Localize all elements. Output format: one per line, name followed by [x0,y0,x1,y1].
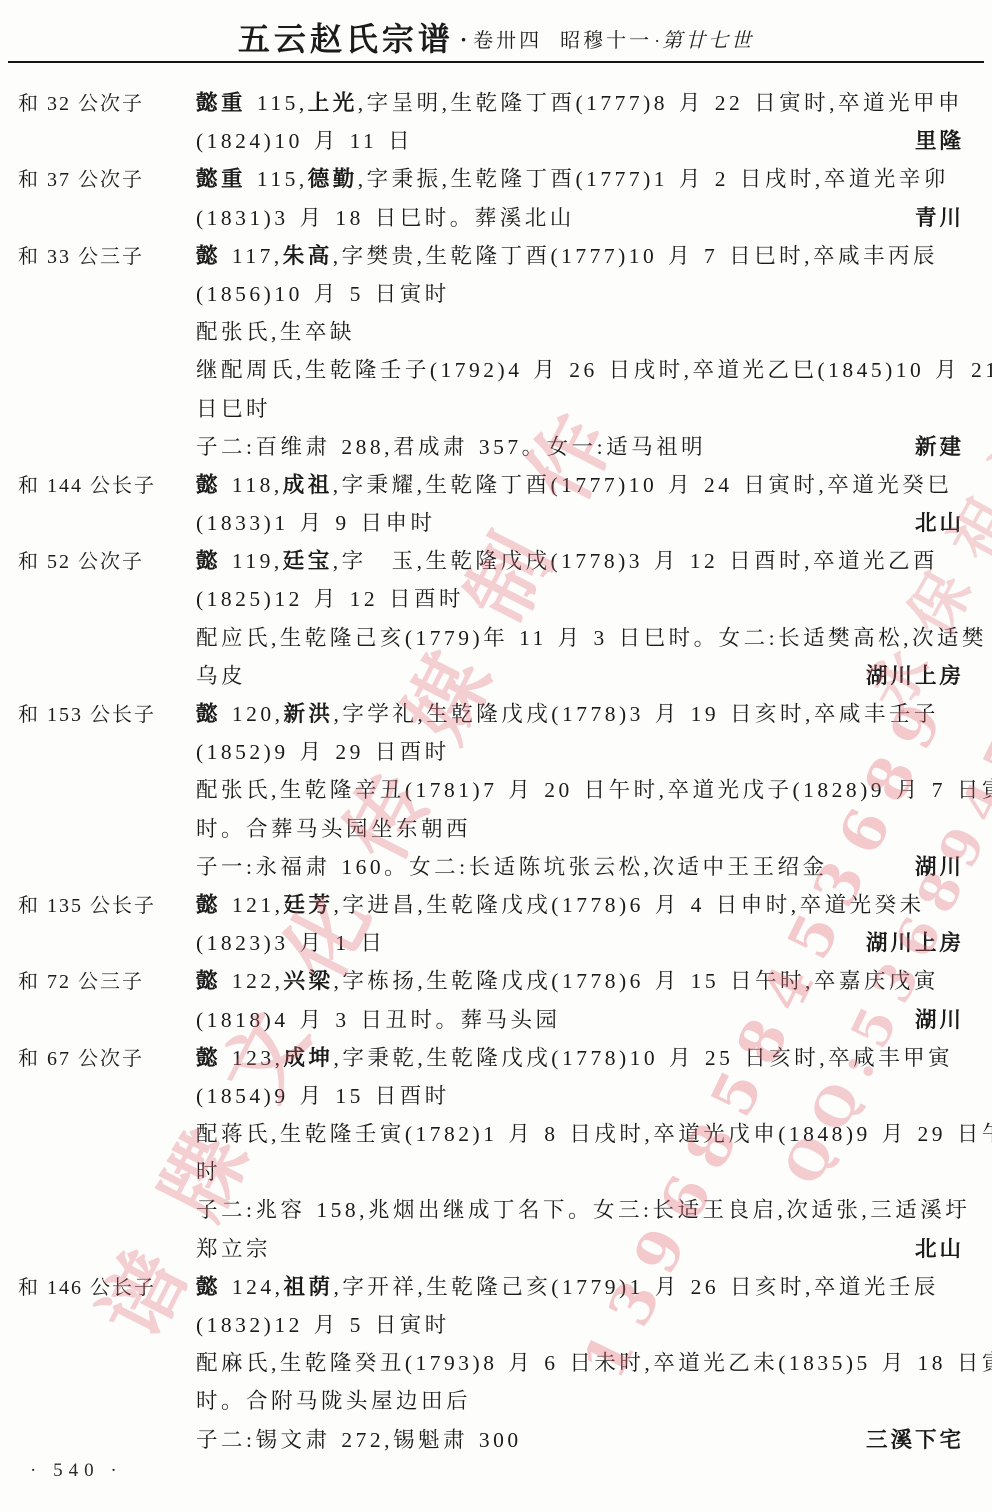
entry-line: 配麻氏,生乾隆癸丑(1793)8 月 6 日未时,卒道光乙未(1835)5 月 … [18,1344,964,1382]
entry-line: 和 32 公次子懿重 115,上光,字呈明,生乾隆丁酉(1777)8 月 22 … [18,84,964,122]
entry-line: 时。合葬马头园坐东朝西 [18,810,964,848]
entry-text: 懿 119,廷宝,字 玉,生乾隆戊戌(1778)3 月 12 日酉时,卒道光乙酉 [196,542,938,580]
entry-text: 郑立宗 [196,1230,271,1268]
entry-text: 懿重 115,上光,字呈明,生乾隆丁酉(1777)8 月 22 日寅时,卒道光甲… [196,84,963,122]
entry-text: (1854)9 月 15 日酉时 [196,1077,450,1115]
entry-line: 和 37 公次子懿重 115,德勤,字秉振,生乾隆丁酉(1777)1 月 2 日… [18,160,964,198]
entry-line: (1833)1 月 9 日申时北山 [18,504,964,542]
generation-label: 第廿七世 [662,30,754,52]
entry-line: 和 144 公长子懿 118,成祖,字秉耀,生乾隆丁酉(1777)10 月 24… [18,466,964,504]
entry-line: (1832)12 月 5 日寅时 [18,1306,964,1344]
branch-place-name: 湖川 [903,1001,964,1039]
entry-line: 配张氏,生乾隆辛丑(1781)7 月 20 日午时,卒道光戊子(1828)9 月… [18,771,964,809]
branch-place-name: 青川 [903,199,964,237]
entry-text: 配张氏,生乾隆辛丑(1781)7 月 20 日午时,卒道光戊子(1828)9 月… [196,771,992,809]
entry-line: 郑立宗北山 [18,1230,964,1268]
entry-line: (1831)3 月 18 日巳时。葬溪北山青川 [18,199,964,237]
entry-line: (1852)9 月 29 日酉时 [18,733,964,771]
entry-line: 乌皮湖川上房 [18,657,964,695]
entry-text: 子一:永福肃 160。女二:长适陈坑张云松,次适中王王绍金 [196,848,827,886]
entry-line: 配张氏,生卒缺 [18,313,964,351]
page-header: 五云赵氏宗谱·卷卅四昭穆十一·第廿七世 [0,14,992,60]
entry-line: (1823)3 月 1 日湖川上房 [18,924,964,962]
header-rule [8,61,984,63]
section-separator-dot: · [654,31,660,51]
relation-label: 和 153 公长子 [18,696,196,734]
entry-text: (1818)4 月 3 日丑时。葬马头园 [196,1001,560,1039]
entry-text: 乌皮 [196,657,246,695]
entry-line: 日巳时 [18,390,964,428]
relation-label: 和 37 公次子 [18,161,196,199]
entry-line: 子二:百维肃 288,君成肃 357。女一:适马祖明新建 [18,428,964,466]
entry-text: (1832)12 月 5 日寅时 [196,1306,450,1344]
entry-line: 和 146 公长子懿 124,祖荫,字开祥,生乾隆己亥(1779)1 月 26 … [18,1268,964,1306]
branch-place-name: 里隆 [903,122,964,160]
entry-line: 子一:永福肃 160。女二:长适陈坑张云松,次适中王王绍金湖川 [18,848,964,886]
entry-text: (1823)3 月 1 日 [196,924,385,962]
entry-line: (1854)9 月 15 日酉时 [18,1077,964,1115]
entry-line: 配蒋氏,生乾隆壬寅(1782)1 月 8 日戌时,卒道光戊申(1848)9 月 … [18,1115,964,1153]
branch-place-name: 北山 [903,504,964,542]
page-number: · 540 · [30,1460,123,1481]
book-title: 五云赵氏宗谱 [238,21,454,57]
entry-text: 子二:百维肃 288,君成肃 357。女一:适马祖明 [196,428,706,466]
entry-line: 子二:兆容 158,兆烟出继成丁名下。女三:长适王良启,次适张,三适溪圩 [18,1191,964,1229]
entry-line: 配应氏,生乾隆己亥(1779)年 11 月 3 日巳时。女二:长适樊高松,次适樊 [18,619,964,657]
entry-line: 和 153 公长子懿 120,新洪,字学礼,生乾隆戊戌(1778)3 月 19 … [18,695,964,733]
relation-label: 和 144 公长子 [18,467,196,505]
section-label: 昭穆十一 [560,30,652,52]
branch-place-name: 三溪下宅 [854,1421,964,1459]
branch-place-name: 新建 [903,428,964,466]
entry-text: 时 [196,1153,221,1191]
branch-place-name: 北山 [903,1230,964,1268]
entry-text: 懿 122,兴梁,字栋扬,生乾隆戊戌(1778)6 月 15 日午时,卒嘉庆戊寅 [196,962,939,1000]
entry-text: (1824)10 月 11 日 [196,122,413,160]
relation-label: 和 32 公次子 [18,85,196,123]
relation-label: 和 33 公三子 [18,238,196,276]
entry-text: 懿重 115,德勤,字秉振,生乾隆丁酉(1777)1 月 2 日戌时,卒道光辛卯 [196,160,949,198]
branch-place-name: 湖川上房 [854,924,964,962]
entry-text: 时。合葬马头园坐东朝西 [196,810,471,848]
page-footer: · 540 · [30,1460,123,1482]
entry-line: (1856)10 月 5 日寅时 [18,275,964,313]
entry-text: 子二:兆容 158,兆烟出继成丁名下。女三:长适王良启,次适张,三适溪圩 [196,1191,970,1229]
entry-text: (1825)12 月 12 日酉时 [196,580,464,618]
entry-text: 懿 121,廷芳,字进昌,生乾隆戊戌(1778)6 月 4 日申时,卒道光癸未 [196,886,925,924]
entry-text: 懿 117,朱高,字樊贵,生乾隆丁酉(1777)10 月 7 日巳时,卒咸丰丙辰 [196,237,938,275]
relation-label: 和 52 公次子 [18,543,196,581]
entry-line: 时 [18,1153,964,1191]
volume-label: 卷卅四 [473,30,542,52]
entry-text: 配蒋氏,生乾隆壬寅(1782)1 月 8 日戌时,卒道光戊申(1848)9 月 … [196,1115,992,1153]
title-separator-dot: · [460,27,467,52]
entry-line: (1818)4 月 3 日丑时。葬马头园湖川 [18,1001,964,1039]
relation-label: 和 146 公长子 [18,1269,196,1307]
branch-place-name: 湖川上房 [854,657,964,695]
entry-list: 和 32 公次子懿重 115,上光,字呈明,生乾隆丁酉(1777)8 月 22 … [18,84,964,1459]
entry-text: (1856)10 月 5 日寅时 [196,275,450,313]
entry-line: 时。合附马陇头屋边田后 [18,1382,964,1420]
entry-text: 懿 118,成祖,字秉耀,生乾隆丁酉(1777)10 月 24 日寅时,卒道光癸… [196,466,952,504]
genealogy-page: 五云赵氏宗谱·卷卅四昭穆十一·第廿七世 和 32 公次子懿重 115,上光,字呈… [0,0,992,1512]
entry-text: (1852)9 月 29 日酉时 [196,733,450,771]
relation-label: 和 67 公次子 [18,1040,196,1078]
entry-line: 和 67 公次子懿 123,成坤,字秉乾,生乾隆戊戌(1778)10 月 25 … [18,1039,964,1077]
entry-line: 和 72 公三子懿 122,兴梁,字栋扬,生乾隆戊戌(1778)6 月 15 日… [18,962,964,1000]
entry-line: 和 33 公三子懿 117,朱高,字樊贵,生乾隆丁酉(1777)10 月 7 日… [18,237,964,275]
relation-label: 和 72 公三子 [18,963,196,1001]
entry-line: (1825)12 月 12 日酉时 [18,580,964,618]
entry-text: 配应氏,生乾隆己亥(1779)年 11 月 3 日巳时。女二:长适樊高松,次适樊 [196,619,987,657]
entry-text: (1833)1 月 9 日申时 [196,504,435,542]
entry-line: 和 135 公长子懿 121,廷芳,字进昌,生乾隆戊戌(1778)6 月 4 日… [18,886,964,924]
relation-label: 和 135 公长子 [18,887,196,925]
entry-text: 配麻氏,生乾隆癸丑(1793)8 月 6 日未时,卒道光乙未(1835)5 月 … [196,1344,992,1382]
entry-text: 懿 120,新洪,字学礼,生乾隆戊戌(1778)3 月 19 日亥时,卒咸丰壬子 [196,695,939,733]
entry-text: 继配周氏,生乾隆壬子(1792)4 月 26 日戌时,卒道光乙巳(1845)10… [196,351,992,389]
entry-text: 懿 124,祖荫,字开祥,生乾隆己亥(1779)1 月 26 日亥时,卒道光壬辰 [196,1268,939,1306]
entry-text: 时。合附马陇头屋边田后 [196,1382,471,1420]
entry-text: 日巳时 [196,390,271,428]
branch-place-name: 湖川 [903,848,964,886]
entry-line: 子二:锡文肃 272,锡魁肃 300三溪下宅 [18,1421,964,1459]
entry-line: 和 52 公次子懿 119,廷宝,字 玉,生乾隆戊戌(1778)3 月 12 日… [18,542,964,580]
entry-text: 配张氏,生卒缺 [196,313,355,351]
entry-text: 子二:锡文肃 272,锡魁肃 300 [196,1421,522,1459]
entry-line: 继配周氏,生乾隆壬子(1792)4 月 26 日戌时,卒道光乙巳(1845)10… [18,351,964,389]
entry-line: (1824)10 月 11 日里隆 [18,122,964,160]
entry-text: 懿 123,成坤,字秉乾,生乾隆戊戌(1778)10 月 25 日亥时,卒咸丰甲… [196,1039,953,1077]
entry-text: (1831)3 月 18 日巳时。葬溪北山 [196,199,575,237]
